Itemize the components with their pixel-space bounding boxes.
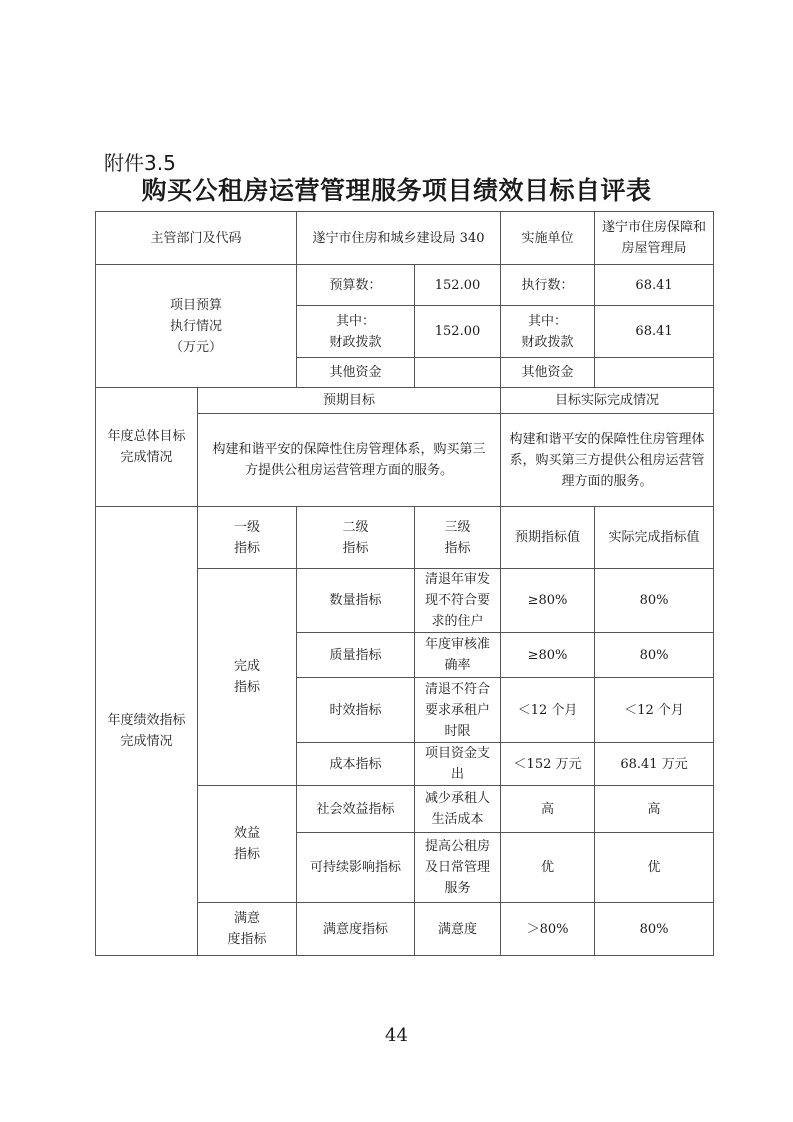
level3-cell: 项目资金支出 — [415, 743, 501, 786]
other-funds-label: 其他资金 — [297, 358, 415, 388]
impl-label: 实施单位 — [501, 212, 595, 265]
expected-value-cell: ＜12 个月 — [501, 678, 595, 743]
indicators-header-row: 年度绩效指标 完成情况 一级 指标 二级 指标 三级 指标 预期指标值 实际完成… — [96, 507, 714, 569]
level1-output: 完成 指标 — [198, 569, 297, 786]
expected-value-cell: ≥80% — [501, 569, 595, 633]
performance-evaluation-table: 主管部门及代码 遂宁市住房和城乡建设局 340 实施单位 遂宁市住房保障和房屋管… — [95, 211, 714, 956]
header-row: 主管部门及代码 遂宁市住房和城乡建设局 340 实施单位 遂宁市住房保障和房屋管… — [96, 212, 714, 265]
fiscal-allocation-value: 152.00 — [415, 306, 501, 358]
indicators-label: 年度绩效指标 完成情况 — [96, 507, 198, 956]
level1-benefit: 效益 指标 — [198, 786, 297, 903]
level2-cell: 可持续影响指标 — [297, 833, 415, 903]
level3-cell: 清退不符合要求承租户时限 — [415, 678, 501, 743]
level2-cell: 成本指标 — [297, 743, 415, 786]
level3-cell: 提高公租房及日常管理服务 — [415, 833, 501, 903]
level3-cell: 年度审核准确率 — [415, 633, 501, 678]
budget-row: 项目预算 执行情况 （万元） 预算数： 152.00 执行数： 68.41 — [96, 265, 714, 306]
level2-cell: 满意度指标 — [297, 903, 415, 956]
level2-header: 二级 指标 — [297, 507, 415, 569]
executed-fiscal-label: 其中： 财政拨款 — [501, 306, 595, 358]
level2-cell: 时效指标 — [297, 678, 415, 743]
executed-other-funds-value — [595, 358, 714, 388]
level2-cell: 质量指标 — [297, 633, 415, 678]
level2-cell: 数量指标 — [297, 569, 415, 633]
expected-value-cell: 高 — [501, 786, 595, 833]
annual-goal-label: 年度总体目标 完成情况 — [96, 388, 198, 507]
level3-cell: 满意度 — [415, 903, 501, 956]
level2-cell: 社会效益指标 — [297, 786, 415, 833]
expected-value-cell: ＜152 万元 — [501, 743, 595, 786]
executed-fiscal-value: 68.41 — [595, 306, 714, 358]
expected-value-cell: ＞80% — [501, 903, 595, 956]
level3-cell: 清退年审发现不符合要求的住户 — [415, 569, 501, 633]
expected-value-cell: ≥80% — [501, 633, 595, 678]
fiscal-allocation-label: 其中： 财政拨款 — [297, 306, 415, 358]
budget-amount-value: 152.00 — [415, 265, 501, 306]
level1-satisfaction: 满意 度指标 — [198, 903, 297, 956]
expected-goal-text: 构建和谐平安的保障性住房管理体系，购买第三方提供公租房运营管理方面的服务。 — [198, 414, 501, 507]
executed-amount-value: 68.41 — [595, 265, 714, 306]
actual-goal-header: 目标实际完成情况 — [501, 388, 714, 414]
budget-label: 项目预算 执行情况 （万元） — [96, 265, 297, 388]
level3-header: 三级 指标 — [415, 507, 501, 569]
impl-value: 遂宁市住房保障和房屋管理局 — [595, 212, 714, 265]
actual-value-header: 实际完成指标值 — [595, 507, 714, 569]
expected-value-cell: 优 — [501, 833, 595, 903]
actual-value-cell: 80% — [595, 569, 714, 633]
annual-goal-header-row: 年度总体目标 完成情况 预期目标 目标实际完成情况 — [96, 388, 714, 414]
dept-label: 主管部门及代码 — [96, 212, 297, 265]
dept-value: 遂宁市住房和城乡建设局 340 — [297, 212, 501, 265]
executed-other-funds-label: 其他资金 — [501, 358, 595, 388]
actual-value-cell: ＜12 个月 — [595, 678, 714, 743]
budget-amount-label: 预算数： — [297, 265, 415, 306]
expected-value-header: 预期指标值 — [501, 507, 595, 569]
other-funds-value — [415, 358, 501, 388]
executed-amount-label: 执行数： — [501, 265, 595, 306]
actual-value-cell: 68.41 万元 — [595, 743, 714, 786]
page-number: 44 — [0, 1025, 793, 1046]
actual-value-cell: 80% — [595, 903, 714, 956]
level3-cell: 减少承租人生活成本 — [415, 786, 501, 833]
expected-goal-header: 预期目标 — [198, 388, 501, 414]
page-title: 购买公租房运营管理服务项目绩效目标自评表 — [0, 171, 793, 207]
actual-goal-text: 构建和谐平安的保障性住房管理体系，购买第三方提供公租房运营管理方面的服务。 — [501, 414, 714, 507]
actual-value-cell: 高 — [595, 786, 714, 833]
actual-value-cell: 80% — [595, 633, 714, 678]
actual-value-cell: 优 — [595, 833, 714, 903]
level1-header: 一级 指标 — [198, 507, 297, 569]
